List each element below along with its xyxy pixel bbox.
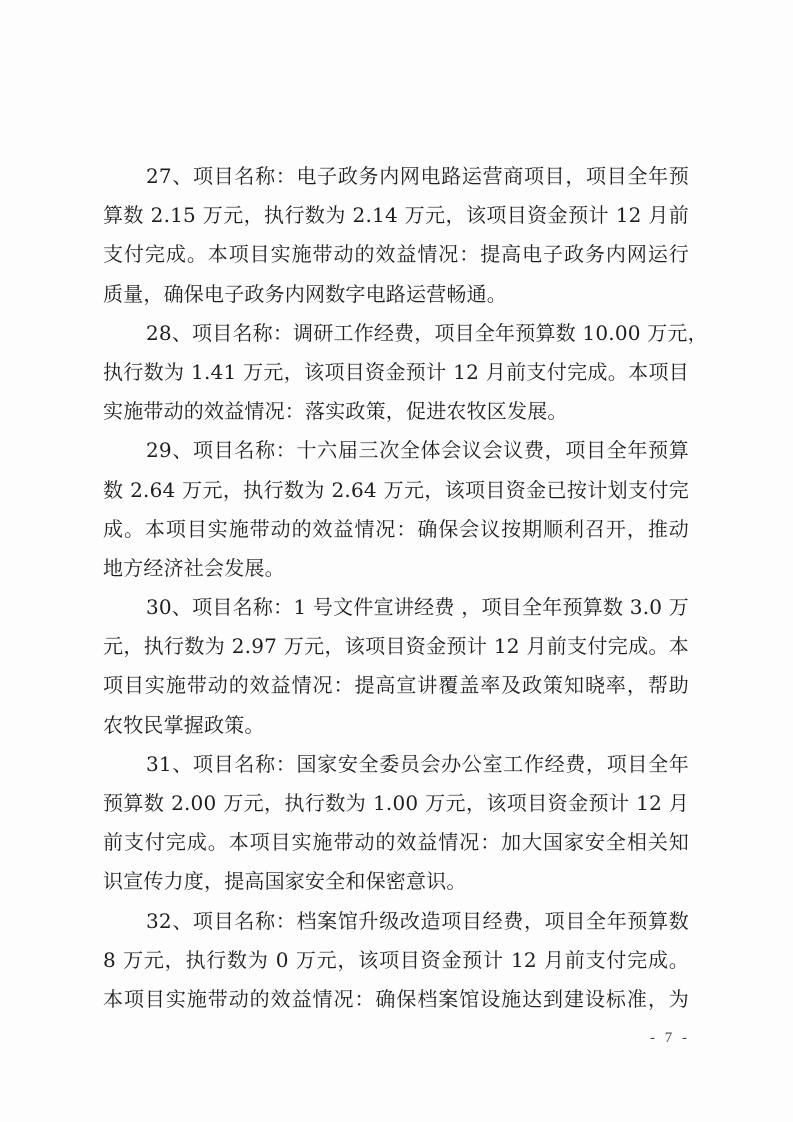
text-line: 29、项目名称：十六届三次全体会议会议费，项目全年预算 (103, 431, 689, 470)
paragraph-item-27: 27、项目名称：电子政务内网电路运营商项目，项目全年预 算数 2.15 万元，执… (103, 157, 689, 314)
text-line: 前支付完成。本项目实施带动的效益情况：加大国家安全相关知 (103, 823, 689, 862)
text-line: 成。本项目实施带动的效益情况：确保会议按期顺利召开，推动 (103, 510, 689, 549)
text-line: 数 2.64 万元，执行数为 2.64 万元，该项目资金已按计划支付完 (103, 471, 689, 510)
paragraph-item-30: 30、项目名称：1 号文件宣讲经费 ，项目全年预算数 3.0 万 元，执行数为 … (103, 588, 689, 745)
paragraph-item-31: 31、项目名称：国家安全委员会办公室工作经费，项目全年 预算数 2.00 万元，… (103, 745, 689, 902)
text-line: 支付完成。本项目实施带动的效益情况：提高电子政务内网运行 (103, 235, 689, 274)
text-line: 8 万元，执行数为 0 万元，该项目资金预计 12 月前支付完成。 (103, 941, 689, 980)
text-line: 预算数 2.00 万元，执行数为 1.00 万元，该项目资金预计 12 月 (103, 784, 689, 823)
text-line: 农牧民掌握政策。 (103, 706, 689, 745)
text-line: 识宣传力度，提高国家安全和保密意识。 (103, 862, 689, 901)
text-line: 执行数为 1.41 万元，该项目资金预计 12 月前支付完成。本项目 (103, 353, 689, 392)
text-line: 32、项目名称：档案馆升级改造项目经费，项目全年预算数 (103, 902, 689, 941)
text-line: 质量，确保电子政务内网数字电路运营畅通。 (103, 275, 689, 314)
document-page: 27、项目名称：电子政务内网电路运营商项目，项目全年预 算数 2.15 万元，执… (0, 0, 793, 1122)
text-line: 元，执行数为 2.97 万元，该项目资金预计 12 月前支付完成。本 (103, 627, 689, 666)
paragraph-item-28: 28、项目名称：调研工作经费，项目全年预算数 10.00 万元， 执行数为 1.… (103, 314, 689, 432)
text-line: 项目实施带动的效益情况：提高宣讲覆盖率及政策知晓率，帮助 (103, 666, 689, 705)
text-line: 31、项目名称：国家安全委员会办公室工作经费，项目全年 (103, 745, 689, 784)
text-line: 27、项目名称：电子政务内网电路运营商项目，项目全年预 (103, 157, 689, 196)
text-line: 30、项目名称：1 号文件宣讲经费 ，项目全年预算数 3.0 万 (103, 588, 689, 627)
document-body: 27、项目名称：电子政务内网电路运营商项目，项目全年预 算数 2.15 万元，执… (103, 157, 689, 1019)
text-line: 本项目实施带动的效益情况：确保档案馆设施达到建设标准，为 (103, 980, 689, 1019)
page-number: - 7 - (640, 1030, 700, 1047)
text-line: 28、项目名称：调研工作经费，项目全年预算数 10.00 万元， (103, 314, 689, 353)
paragraph-item-32: 32、项目名称：档案馆升级改造项目经费，项目全年预算数 8 万元，执行数为 0 … (103, 902, 689, 1020)
text-line: 地方经济社会发展。 (103, 549, 689, 588)
paragraph-item-29: 29、项目名称：十六届三次全体会议会议费，项目全年预算 数 2.64 万元，执行… (103, 431, 689, 588)
text-line: 实施带动的效益情况：落实政策，促进农牧区发展。 (103, 392, 689, 431)
text-line: 算数 2.15 万元，执行数为 2.14 万元，该项目资金预计 12 月前 (103, 196, 689, 235)
